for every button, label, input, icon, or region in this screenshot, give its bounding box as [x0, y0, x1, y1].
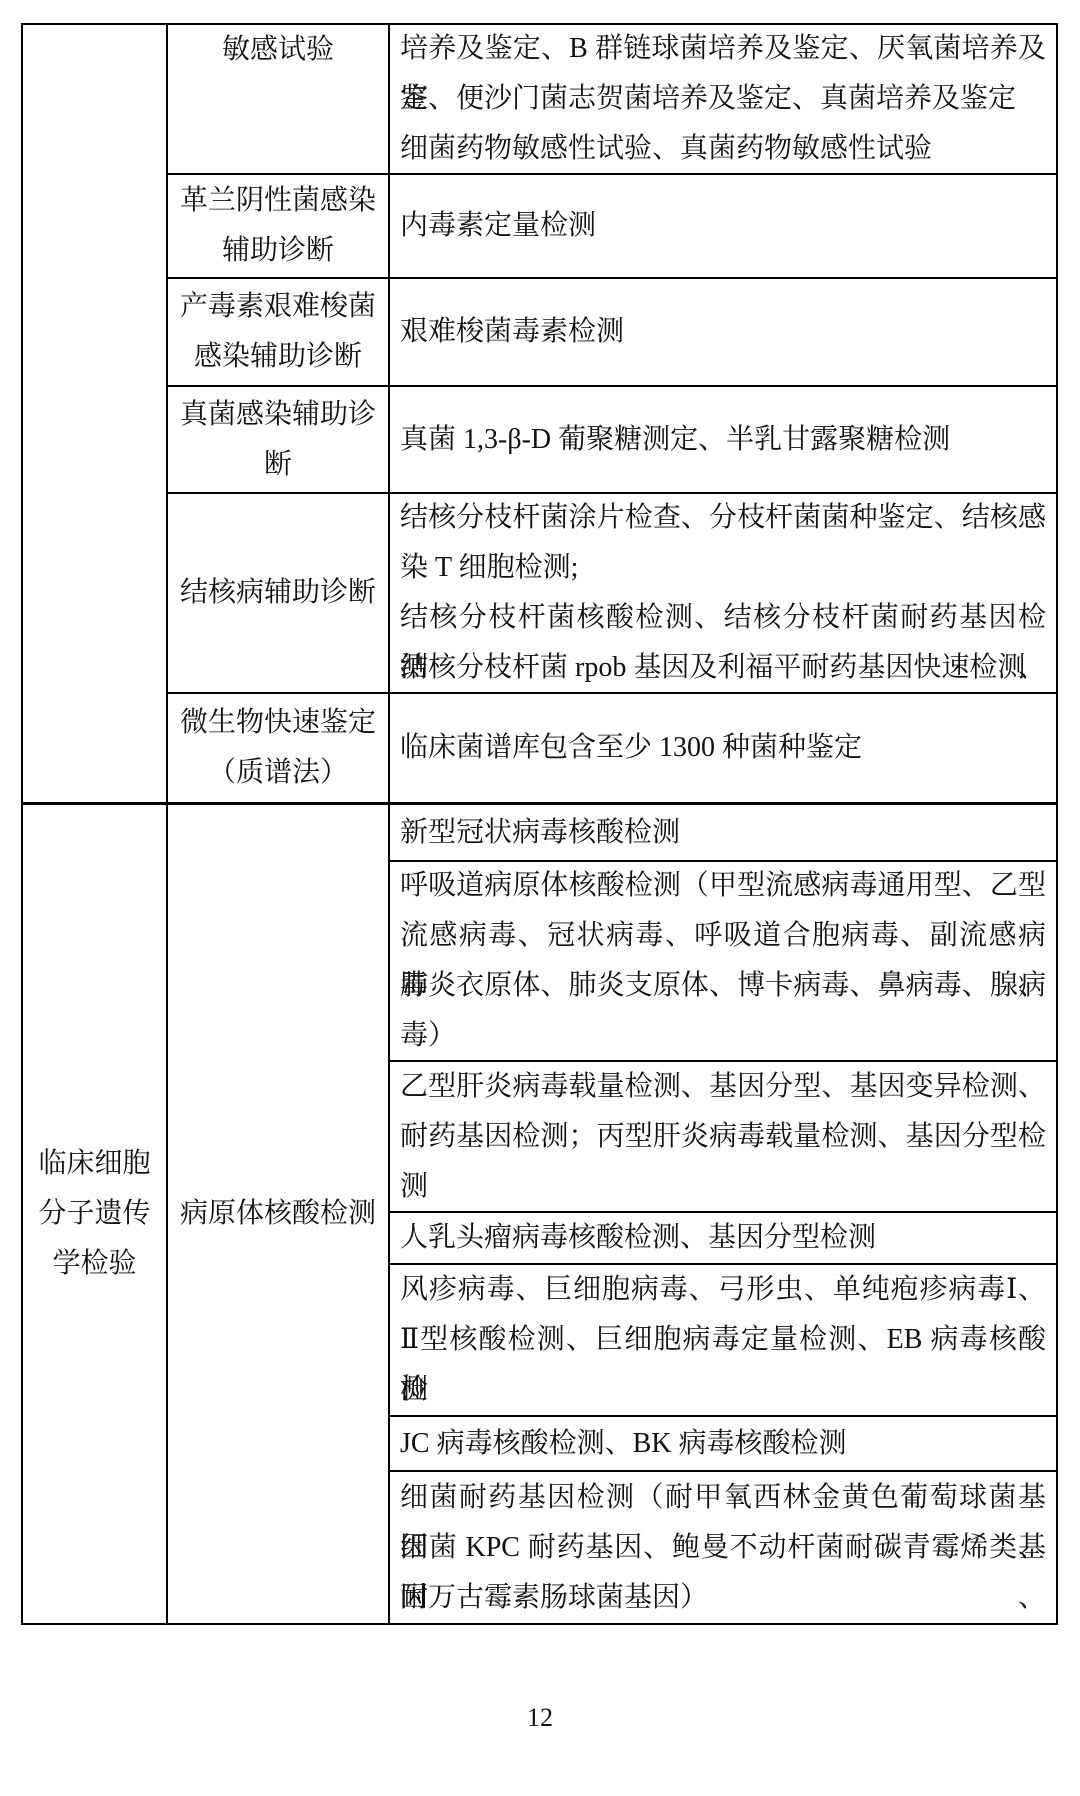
test-item-text: 临床菌谱库包含至少 1300 种菌种鉴定	[400, 723, 1046, 773]
test-item-text: 耐药基因检测；丙型肝炎病毒载量检测、基因分型检	[400, 1112, 1046, 1162]
test-item-text: 毒）	[400, 1011, 1046, 1061]
test-items-cell: 呼吸道病原体核酸检测（甲型流感病毒通用型、乙型 流感病毒、冠状病毒、呼吸道合胞病…	[390, 862, 1056, 1062]
test-item-text: 测	[400, 1365, 1046, 1415]
document-page: { "page": { "number": "12" }, "table": {…	[0, 0, 1080, 1796]
subcategory-label: 敏感试验	[212, 25, 344, 75]
subcategory-label: 断	[212, 440, 344, 490]
subcategory-label: （质谱法）	[208, 748, 348, 798]
subcategory-label: 革兰阴性菌感染	[180, 176, 376, 226]
lab-test-table: 敏感试验 培养及鉴定、B 群链球菌培养及鉴定、厌氧菌培养及鉴 定、便沙门菌志贺菌…	[21, 23, 1058, 1625]
test-items-cell: 真菌 1,3-β-D 葡聚糖测定、半乳甘露聚糖检测	[390, 387, 1056, 494]
subcategory-label: 辅助诊断	[212, 226, 344, 276]
test-items-cell: 结核分枝杆菌涂片检查、分枝杆菌菌种鉴定、结核感 染 T 细胞检测; 结核分枝杆菌…	[390, 494, 1056, 694]
category-label: 临床细胞	[38, 1139, 150, 1189]
subcategory-label: 微生物快速鉴定	[180, 698, 376, 748]
test-item-text: 测	[400, 1162, 1046, 1212]
test-item-text: 呼吸道病原体核酸检测（甲型流感病毒通用型、乙型	[400, 862, 1046, 911]
test-item-text: 乙型肝炎病毒载量检测、基因分型、基因变异检测、	[400, 1062, 1046, 1112]
test-items-cell: 人乳头瘤病毒核酸检测、基因分型检测	[390, 1213, 1056, 1265]
test-item-text: 内毒素定量检测	[400, 201, 1046, 251]
test-item-text: Ⅱ型核酸检测、巨细胞病毒定量检测、EB 病毒核酸检	[400, 1315, 1046, 1365]
test-item-text: 定、便沙门菌志贺菌培养及鉴定、真菌培养及鉴定	[400, 74, 1046, 124]
test-item-text: 细菌耐药基因检测（耐甲氧西林金黄色葡萄球菌基因、	[400, 1473, 1046, 1523]
test-items-cell: JC 病毒核酸检测、BK 病毒核酸检测	[390, 1417, 1056, 1472]
subcategory-cell: 结核病辅助诊断	[168, 494, 390, 694]
test-item-text: 细菌 KPC 耐药基因、鲍曼不动杆菌耐碳青霉烯类基因、	[400, 1523, 1046, 1573]
subcategory-cell: 革兰阴性菌感染 辅助诊断	[168, 175, 390, 279]
test-item-text: 真菌 1,3-β-D 葡聚糖测定、半乳甘露聚糖检测	[400, 415, 1046, 465]
category-label: 学检验	[52, 1239, 138, 1289]
test-item-text: JC 病毒核酸检测、BK 病毒核酸检测	[400, 1419, 1046, 1469]
test-item-text: 结核分枝杆菌涂片检查、分枝杆菌菌种鉴定、结核感	[400, 494, 1046, 543]
test-item-text: 风疹病毒、巨细胞病毒、弓形虫、单纯疱疹病毒Ⅰ、	[400, 1265, 1046, 1315]
test-items-cell: 培养及鉴定、B 群链球菌培养及鉴定、厌氧菌培养及鉴 定、便沙门菌志贺菌培养及鉴定…	[390, 25, 1056, 175]
category-cell: 临床细胞 分子遗传 学检验	[23, 805, 168, 1623]
test-items-cell: 内毒素定量检测	[390, 175, 1056, 279]
test-items-cell: 风疹病毒、巨细胞病毒、弓形虫、单纯疱疹病毒Ⅰ、 Ⅱ型核酸检测、巨细胞病毒定量检测…	[390, 1265, 1056, 1417]
test-items-cell: 艰难梭菌毒素检测	[390, 279, 1056, 387]
test-item-text: 肺炎衣原体、肺炎支原体、博卡病毒、鼻病毒、腺病	[400, 961, 1046, 1011]
test-item-text: 培养及鉴定、B 群链球菌培养及鉴定、厌氧菌培养及鉴	[400, 25, 1046, 74]
test-item-text: 耐万古霉素肠球菌基因）	[400, 1573, 1046, 1623]
subcategory-label: 真菌感染辅助诊	[180, 390, 376, 440]
test-items-cell: 临床菌谱库包含至少 1300 种菌种鉴定	[390, 694, 1056, 805]
test-item-text: 流感病毒、冠状病毒、呼吸道合胞病毒、副流感病毒、	[400, 911, 1046, 961]
category-label: 分子遗传	[38, 1189, 150, 1239]
subcategory-label: 结核病辅助诊断	[180, 568, 376, 618]
subcategory-cell: 产毒素艰难梭菌 感染辅助诊断	[168, 279, 390, 387]
category-cell-empty	[23, 25, 168, 805]
subcategory-label: 产毒素艰难梭菌	[180, 282, 376, 332]
test-item-text: 新型冠状病毒核酸检测	[400, 808, 1046, 858]
subcategory-cell: 微生物快速鉴定 （质谱法）	[168, 694, 390, 805]
test-items-cell: 细菌耐药基因检测（耐甲氧西林金黄色葡萄球菌基因、 细菌 KPC 耐药基因、鲍曼不…	[390, 1472, 1056, 1623]
test-item-text: 人乳头瘤病毒核酸检测、基因分型检测	[400, 1213, 1046, 1263]
test-items-cell: 乙型肝炎病毒载量检测、基因分型、基因变异检测、 耐药基因检测；丙型肝炎病毒载量检…	[390, 1062, 1056, 1213]
subcategory-cell: 病原体核酸检测	[168, 805, 390, 1623]
subcategory-cell: 真菌感染辅助诊 断	[168, 387, 390, 494]
test-item-text: 结核分枝杆菌 rpob 基因及利福平耐药基因快速检测	[400, 643, 1046, 693]
page-number: 12	[0, 1698, 1080, 1738]
test-item-text: 细菌药物敏感性试验、真菌药物敏感性试验	[400, 124, 1046, 174]
test-item-text: 艰难梭菌毒素检测	[400, 307, 1046, 357]
test-item-text: 染 T 细胞检测;	[400, 543, 1046, 593]
test-item-text: 结核分枝杆菌核酸检测、结核分枝杆菌耐药基因检测、	[400, 593, 1046, 643]
subcategory-label: 感染辅助诊断	[194, 332, 362, 382]
subcategory-label: 病原体核酸检测	[180, 1189, 376, 1239]
test-items-cell: 新型冠状病毒核酸检测	[390, 805, 1056, 862]
subcategory-cell: 敏感试验	[168, 25, 390, 175]
